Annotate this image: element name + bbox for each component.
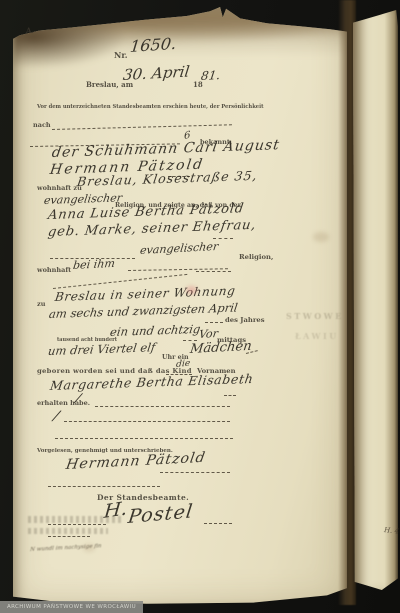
form-year-phrase: des Jahres — [225, 317, 265, 324]
form-religion-word: Religion, — [239, 254, 273, 261]
fill-in-dashes — [55, 438, 233, 439]
fill-in-dashes — [204, 523, 232, 524]
form-letter-label: A. — [26, 27, 34, 34]
child-sex-handwritten: Mädchen — [189, 340, 252, 356]
record-number-label: Nr. — [114, 51, 128, 59]
religion-father-handwritten: evangelischer — [43, 192, 123, 206]
bleedthrough-stamp-block — [28, 528, 108, 534]
fill-in-dashes — [48, 486, 160, 487]
date-handwritten: 30. April — [122, 65, 190, 83]
form-received-words: erhalten habe. — [37, 400, 90, 407]
next-page-sliver — [353, 10, 398, 590]
scanned-register-photo: STWOWE ŁAWIU A. Nr. 1650. Breslau, am 30… — [0, 0, 400, 613]
side-page-mark: H. 4 — [384, 527, 400, 536]
form-intro-line: Vor dem unterzeichneten Standesbeamten e… — [37, 105, 263, 111]
bleedthrough-stamp-block — [28, 516, 123, 523]
archive-watermark-text: ARCHIWUM PAŃSTWOWE WE WROCŁAWIU — [7, 604, 136, 610]
fill-in-dashes — [160, 472, 230, 473]
vor-handwritten: Vor — [198, 328, 218, 340]
fox-spot — [313, 232, 329, 242]
fill-in-dashes — [48, 524, 106, 525]
fill-in-dashes — [213, 238, 233, 239]
red-ink-smudge — [186, 286, 197, 294]
form-word-zu: zu — [37, 301, 45, 308]
form-resident2-label: wohnhaft — [37, 267, 71, 274]
archive-watermark-bar: ARCHIWUM PAŃSTWOWE WE WROCŁAWIU — [0, 601, 143, 613]
with-him-handwritten: bei ihm — [72, 258, 115, 271]
bleedthrough-stamp-text: ŁAWIU — [295, 332, 339, 340]
fill-in-dashes — [95, 406, 230, 407]
year-handwritten: 81. — [200, 69, 221, 82]
bleedthrough-stamp-text: STWOWE — [286, 312, 344, 320]
die-insertion-handwritten: die — [176, 360, 191, 370]
fill-in-dashes — [48, 536, 90, 537]
fill-in-dashes — [196, 271, 231, 272]
fill-in-dashes — [224, 395, 236, 396]
fill-in-dashes — [64, 421, 230, 422]
record-number-value: 1650. — [129, 36, 177, 55]
fill-in-dashes — [205, 322, 223, 323]
form-word-nach: nach — [33, 122, 51, 129]
